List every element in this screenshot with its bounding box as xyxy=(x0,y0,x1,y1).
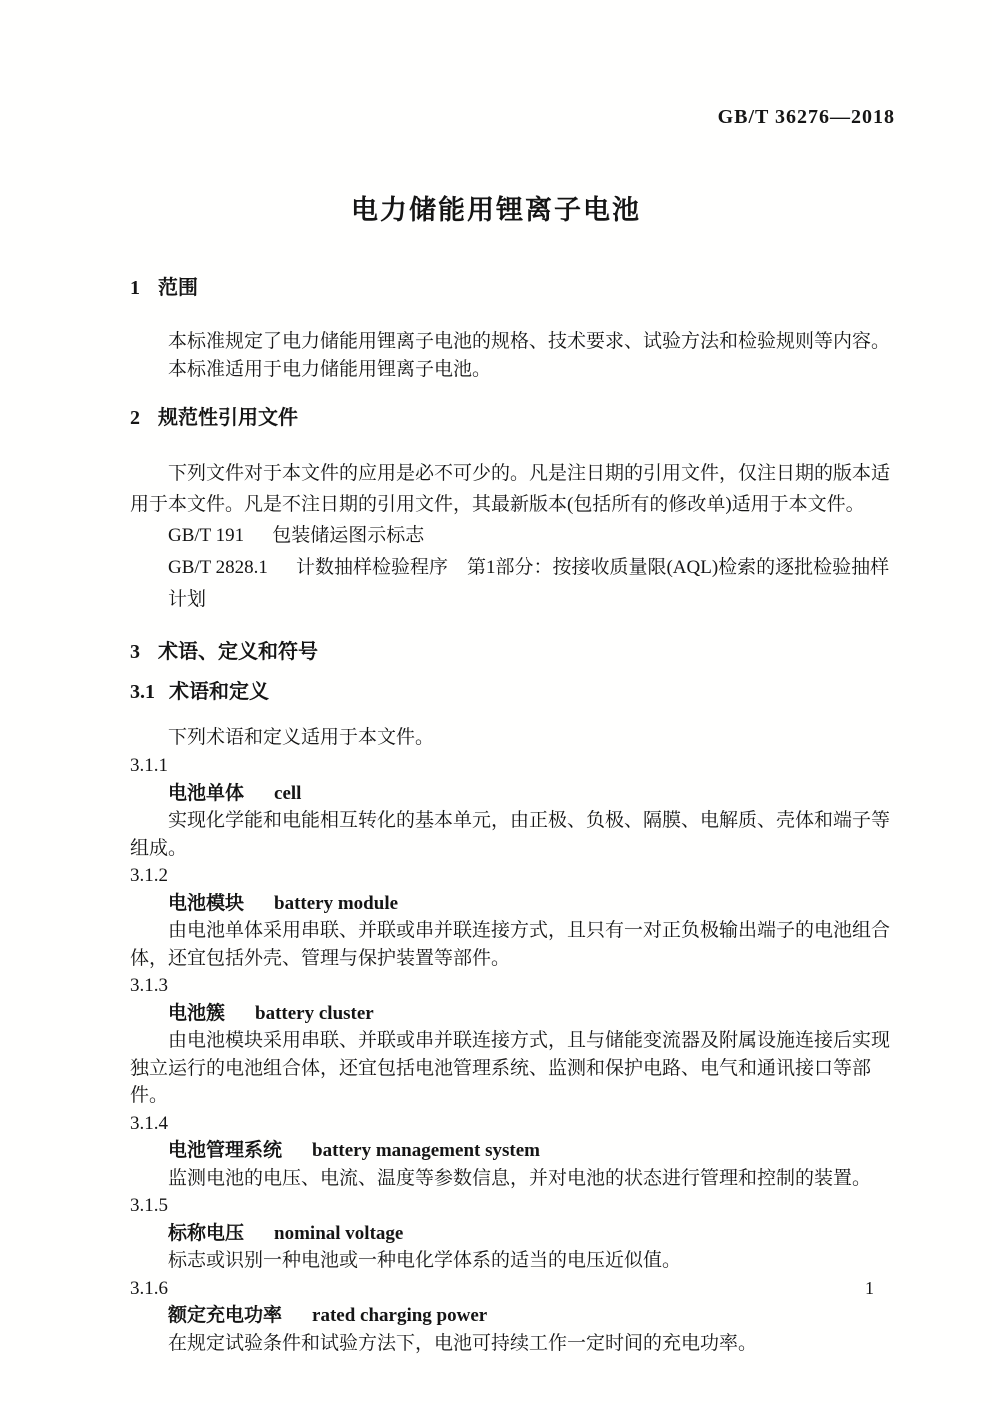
reference-code: GB/T 2828.1 xyxy=(168,557,268,578)
term-name: 电池单体cell xyxy=(130,780,905,808)
document-body: 1范围 本标准规定了电力储能用锂离子电池的规格、技术要求、试验方法和检验规则等内… xyxy=(130,270,905,1357)
section-1-heading: 1范围 xyxy=(130,278,905,298)
reference-title: 包装储运图示标志 xyxy=(272,525,424,546)
term-id: 3.1.3 xyxy=(130,972,905,1000)
term-name-zh: 电池模块 xyxy=(168,893,244,914)
term-definition: 由电池模块采用串联、并联或串并联连接方式，且与储能变流器及附属设施连接后实现独立… xyxy=(130,1027,905,1110)
section-title: 范围 xyxy=(158,278,198,298)
section-2-heading: 2规范性引用文件 xyxy=(130,408,905,428)
document-title: 电力储能用锂离子电池 xyxy=(0,188,992,227)
reference-item: GB/T 191包装储运图示标志 xyxy=(130,520,905,552)
term-entry: 3.1.6 额定充电功率rated charging power 在规定试验条件… xyxy=(130,1275,905,1358)
section-3-heading: 3术语、定义和符号 xyxy=(130,642,905,662)
term-name-en: battery module xyxy=(274,893,398,914)
term-name-en: battery management system xyxy=(312,1140,540,1161)
term-name-zh: 电池簇 xyxy=(168,1003,225,1024)
term-name: 电池管理系统battery management system xyxy=(130,1137,905,1165)
section-number: 1 xyxy=(130,278,140,298)
reference-title: 计数抽样检验程序 第1部分：按接收质量限(AQL)检索的逐批检验抽样计划 xyxy=(168,557,889,610)
document-page: GB/T 36276—2018 电力储能用锂离子电池 1范围 本标准规定了电力储… xyxy=(0,0,992,1403)
terms-list: 3.1.1 电池单体cell 实现化学能和电能相互转化的基本单元，由正极、负极、… xyxy=(130,752,905,1357)
term-name: 标称电压nominal voltage xyxy=(130,1220,905,1248)
paragraph: 下列术语和定义适用于本文件。 xyxy=(130,724,905,752)
term-entry: 3.1.3 电池簇battery cluster 由电池模块采用串联、并联或串并… xyxy=(130,972,905,1110)
paragraph: 下列文件对于本文件的应用是必不可少的。凡是注日期的引用文件，仅注日期的版本适用于… xyxy=(130,458,905,520)
term-id: 3.1.1 xyxy=(130,752,905,780)
term-entry: 3.1.5 标称电压nominal voltage 标志或识别一种电池或一种电化… xyxy=(130,1192,905,1275)
term-id: 3.1.5 xyxy=(130,1192,905,1220)
term-name: 额定充电功率rated charging power xyxy=(130,1302,905,1330)
term-definition: 标志或识别一种电池或一种电化学体系的适当的电压近似值。 xyxy=(130,1247,905,1275)
standard-number: GB/T 36276—2018 xyxy=(718,106,895,129)
section-title: 术语和定义 xyxy=(169,682,269,702)
section-3-1-heading: 3.1术语和定义 xyxy=(130,682,905,702)
paragraph: 本标准适用于电力储能用锂离子电池。 xyxy=(130,356,905,384)
term-name-en: cell xyxy=(274,783,301,804)
term-name-zh: 额定充电功率 xyxy=(168,1305,282,1326)
paragraph: 本标准规定了电力储能用锂离子电池的规格、技术要求、试验方法和检验规则等内容。 xyxy=(130,328,905,356)
term-name: 电池模块battery module xyxy=(130,890,905,918)
section-number: 3 xyxy=(130,642,140,662)
section-title: 术语、定义和符号 xyxy=(158,642,318,662)
term-name-zh: 电池管理系统 xyxy=(168,1140,282,1161)
term-definition: 监测电池的电压、电流、温度等参数信息，并对电池的状态进行管理和控制的装置。 xyxy=(130,1165,905,1193)
term-name-en: battery cluster xyxy=(255,1003,374,1024)
term-definition: 由电池单体采用串联、并联或串并联连接方式，且只有一对正负极输出端子的电池组合体，… xyxy=(130,917,905,972)
term-name: 电池簇battery cluster xyxy=(130,1000,905,1028)
section-title: 规范性引用文件 xyxy=(158,408,298,428)
term-name-en: nominal voltage xyxy=(274,1223,403,1244)
term-name-zh: 电池单体 xyxy=(168,783,244,804)
term-id: 3.1.2 xyxy=(130,862,905,890)
term-name-zh: 标称电压 xyxy=(168,1223,244,1244)
term-entry: 3.1.2 电池模块battery module 由电池单体采用串联、并联或串并… xyxy=(130,862,905,972)
section-number: 3.1 xyxy=(130,682,155,702)
term-entry: 3.1.1 电池单体cell 实现化学能和电能相互转化的基本单元，由正极、负极、… xyxy=(130,752,905,862)
term-definition: 实现化学能和电能相互转化的基本单元，由正极、负极、隔膜、电解质、壳体和端子等组成… xyxy=(130,807,905,862)
term-id: 3.1.4 xyxy=(130,1110,905,1138)
term-name-en: rated charging power xyxy=(312,1305,487,1326)
reference-code: GB/T 191 xyxy=(168,525,244,546)
reference-item: GB/T 2828.1计数抽样检验程序 第1部分：按接收质量限(AQL)检索的逐… xyxy=(130,552,905,616)
page-number: 1 xyxy=(865,1278,874,1299)
section-number: 2 xyxy=(130,408,140,428)
term-id: 3.1.6 xyxy=(130,1275,905,1303)
term-entry: 3.1.4 电池管理系统battery management system 监测… xyxy=(130,1110,905,1193)
term-definition: 在规定试验条件和试验方法下，电池可持续工作一定时间的充电功率。 xyxy=(130,1330,905,1358)
